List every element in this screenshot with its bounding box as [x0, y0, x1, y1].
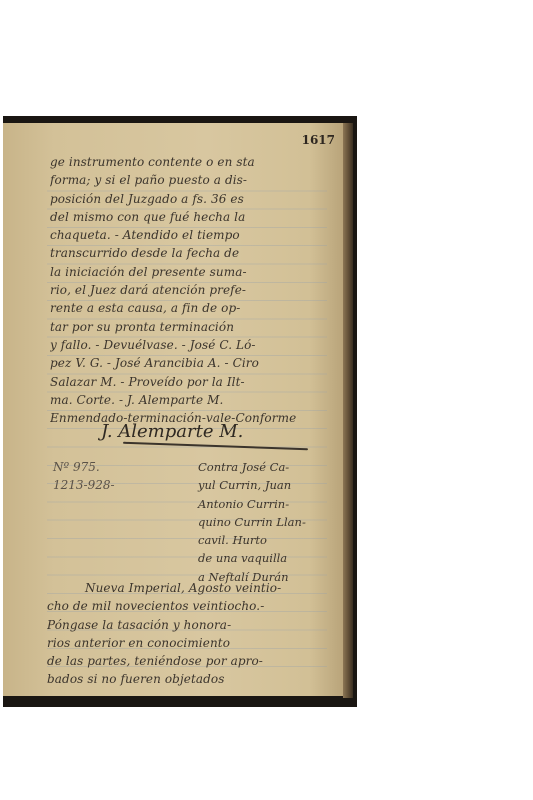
- ledger-page: 1617 ge instrumento contente o en sta fo…: [3, 123, 343, 696]
- text-line: Salazar M. - Proveído por la Ilt-: [50, 373, 330, 391]
- description-line: cavil. Hurto: [198, 531, 333, 549]
- body-text: ge instrumento contente o en sta forma; …: [50, 153, 330, 427]
- text-line: rios anterior en conocimiento: [47, 634, 332, 652]
- text-line: rio, el Juez dará atención prefe-: [50, 281, 330, 299]
- text-line: forma; y si el paño puesto a dis-: [50, 171, 330, 189]
- description-line: Contra José Ca-: [198, 458, 333, 476]
- text-line: Póngase la tasación y honora-: [47, 616, 332, 634]
- text-line: bados si no fueren objetados: [47, 670, 332, 688]
- text-line: posición del Juzgado a fs. 36 es: [50, 190, 330, 208]
- description-line: de una vaquilla: [198, 549, 333, 567]
- page-number: 1617: [302, 133, 335, 147]
- text-line: pez V. G. - José Arancibia A. - Ciro: [50, 354, 330, 372]
- entry-number: Nº 975.: [53, 458, 115, 476]
- text-line: la iniciación del presente suma-: [50, 263, 330, 281]
- entry-identifiers: Nº 975. 1213-928-: [53, 458, 115, 495]
- text-line: del mismo con que fué hecha la: [50, 208, 330, 226]
- description-line: yul Currin, Juan: [198, 476, 333, 494]
- text-line: chaqueta. - Atendido el tiempo: [50, 226, 330, 244]
- text-line: ge instrumento contente o en sta: [50, 153, 330, 171]
- text-line: Nueva Imperial, Agosto veintio-: [47, 579, 332, 597]
- closing-text: Nueva Imperial, Agosto veintio- cho de m…: [47, 579, 332, 689]
- signature: J. Alemparte M.: [101, 421, 243, 442]
- text-line: tar por su pronta terminación: [50, 318, 330, 336]
- text-line: de las partes, teniéndose por apro-: [47, 652, 332, 670]
- description-line: Antonio Currin-: [198, 495, 333, 513]
- text-line: rente a esta causa, a fin de op-: [50, 299, 330, 317]
- text-line: cho de mil novecientos veintiocho.-: [47, 597, 332, 615]
- entry-code: 1213-928-: [53, 476, 115, 494]
- text-line: y fallo. - Devuélvase. - José C. Ló-: [50, 336, 330, 354]
- text-line: transcurrido desde la fecha de: [50, 244, 330, 262]
- page-edge: [343, 123, 353, 698]
- text-line: ma. Corte. - J. Alemparte M.: [50, 391, 330, 409]
- description-line: quino Currin Llan-: [198, 513, 333, 531]
- entry-description: Contra José Ca- yul Currin, Juan Antonio…: [198, 458, 333, 586]
